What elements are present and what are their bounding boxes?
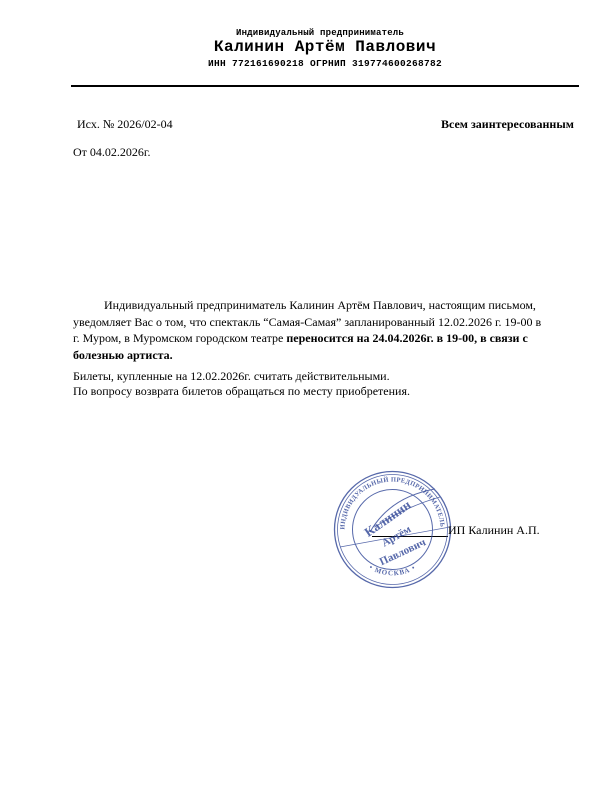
body-paragraph: Индивидуальный предприниматель Калинин А… bbox=[73, 297, 548, 363]
letterhead-ids: ИНН 772161690218 ОГРНИП 319774600268782 bbox=[0, 58, 611, 69]
svg-text:• МОСКВА •: • МОСКВА • bbox=[368, 563, 418, 577]
tickets-valid-line: Билеты, купленные на 12.02.2026г. считат… bbox=[73, 369, 410, 384]
letterhead-divider bbox=[71, 85, 579, 87]
tickets-note: Билеты, купленные на 12.02.2026г. считат… bbox=[73, 369, 410, 399]
stamp-icon: ИНДИВИДУАЛЬНЫЙ ПРЕДПРИНИМАТЕЛЬ ОГРНИП 31… bbox=[330, 467, 455, 592]
signatory-name: ИП Калинин А.П. bbox=[448, 523, 540, 538]
letter-date: От 04.02.2026г. bbox=[73, 145, 150, 160]
recipient: Всем заинтересованным bbox=[441, 117, 574, 132]
letterhead-name: Калинин Артём Павлович bbox=[0, 38, 611, 56]
letterhead-subtitle: Индивидуальный предприниматель bbox=[0, 28, 611, 38]
tickets-refund-line: По вопросу возврата билетов обращаться п… bbox=[73, 384, 410, 399]
outgoing-number: Исх. № 2026/02-04 bbox=[77, 117, 173, 132]
